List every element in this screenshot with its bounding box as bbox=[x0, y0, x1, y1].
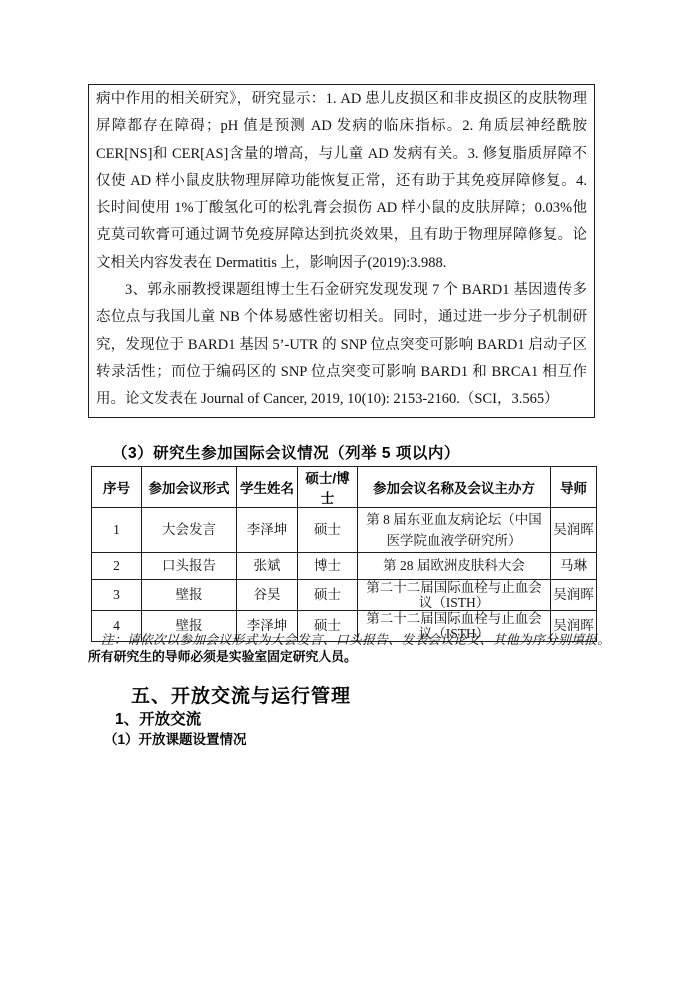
cell-advisor: 吴润晖 bbox=[551, 580, 597, 611]
section3-heading: （3）研究生参加国际会议情况（列举 5 项以内） bbox=[112, 441, 460, 463]
col-header-degree: 硕士/博士 bbox=[298, 467, 358, 508]
col-header-conference-name: 参加会议名称及会议主办方 bbox=[358, 467, 551, 508]
summary-paragraph-1: 病中作用的相关研究》，研究显示：1. AD 患儿皮损区和非皮损区的皮肤物理屏障都… bbox=[96, 86, 587, 277]
cell-student-name: 李泽坤 bbox=[237, 508, 298, 553]
document-page: 病中作用的相关研究》，研究显示：1. AD 患儿皮损区和非皮损区的皮肤物理屏障都… bbox=[0, 0, 700, 990]
cell-conference-name: 第二十二届国际血栓与止血会议（ISTH） bbox=[358, 580, 551, 611]
table-note-emphasis: 所有研究生的导师必须是实验室固定研究人员。 bbox=[88, 649, 357, 664]
cell-index: 2 bbox=[92, 553, 142, 580]
cell-advisor: 吴润晖 bbox=[551, 508, 597, 553]
table-note: 注：请依次以参加会议形式为大会发言、口头报告、发表会议论文、其他为序分别填报。所… bbox=[88, 633, 610, 665]
table-row: 2 口头报告 张斌 博士 第 28 届欧洲皮肤科大会 马琳 bbox=[92, 553, 597, 580]
cell-student-name: 张斌 bbox=[237, 553, 298, 580]
col-header-student-name: 学生姓名 bbox=[237, 467, 298, 508]
cell-index: 3 bbox=[92, 580, 142, 611]
cell-participation-type: 口头报告 bbox=[142, 553, 237, 580]
table-row: 1 大会发言 李泽坤 硕士 第 8 届东亚血友病论坛（中国医学院血液学研究所） … bbox=[92, 508, 597, 553]
col-header-advisor: 导师 bbox=[551, 467, 597, 508]
col-header-index: 序号 bbox=[92, 467, 142, 508]
cell-degree: 博士 bbox=[298, 553, 358, 580]
cell-participation-type: 壁报 bbox=[142, 580, 237, 611]
research-summary-box: 病中作用的相关研究》，研究显示：1. AD 患儿皮损区和非皮损区的皮肤物理屏障都… bbox=[88, 84, 595, 418]
cell-conference-name: 第 28 届欧洲皮肤科大会 bbox=[358, 553, 551, 580]
cell-degree: 硕士 bbox=[298, 580, 358, 611]
section5-subheading-open-topics: （1）开放课题设置情况 bbox=[104, 728, 247, 748]
cell-degree: 硕士 bbox=[298, 508, 358, 553]
cell-student-name: 谷昊 bbox=[237, 580, 298, 611]
conference-table: 序号 参加会议形式 学生姓名 硕士/博士 参加会议名称及会议主办方 导师 1 大… bbox=[91, 466, 597, 642]
table-row: 3 壁报 谷昊 硕士 第二十二届国际血栓与止血会议（ISTH） 吴润晖 bbox=[92, 580, 597, 611]
cell-conference-name: 第 8 届东亚血友病论坛（中国医学院血液学研究所） bbox=[358, 508, 551, 553]
cell-participation-type: 大会发言 bbox=[142, 508, 237, 553]
section5-subheading-open-exchange: 1、开放交流 bbox=[115, 707, 201, 729]
cell-index: 1 bbox=[92, 508, 142, 553]
summary-paragraph-2: 3、郭永丽教授课题组博士生石金研究发现发现 7 个 BARD1 基因遗传多态位点… bbox=[96, 277, 587, 413]
table-note-instruction: 注：请依次以参加会议形式为大会发言、口头报告、发表会议论文、其他为序分别填报。 bbox=[101, 633, 610, 647]
section5-heading: 五、开放交流与运行管理 bbox=[131, 681, 351, 708]
table-header-row: 序号 参加会议形式 学生姓名 硕士/博士 参加会议名称及会议主办方 导师 bbox=[92, 467, 597, 508]
cell-advisor: 马琳 bbox=[551, 553, 597, 580]
col-header-participation-type: 参加会议形式 bbox=[142, 467, 237, 508]
